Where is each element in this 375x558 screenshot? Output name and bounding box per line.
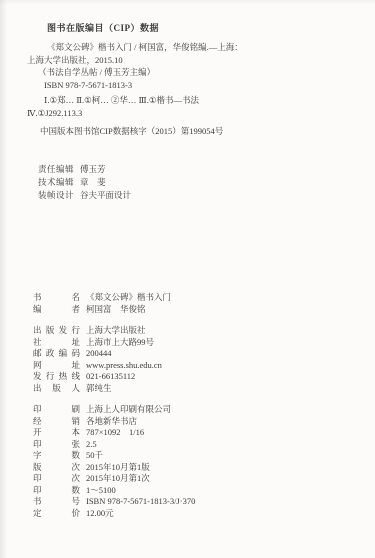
cip-classification-line: Ⅰ.①郑… Ⅱ.①柯… ②华… Ⅲ.①楷书—书法 <box>27 94 243 107</box>
colophon-value: ISBN 978-7-5671-1813-3/J·370 <box>86 496 195 506</box>
colophon-row-website: 网址www.press.shu.edu.cn <box>33 360 195 372</box>
colophon-row-sales-hotline: 发行热线021-66135112 <box>33 371 195 383</box>
colophon-label: 开本 <box>33 427 80 439</box>
colophon-value: 各地新华书店 <box>86 416 137 426</box>
colophon-row-price: 定价12.00元 <box>33 508 195 520</box>
cip-classification-line: Ⅳ.①J292.113.3 <box>27 107 243 120</box>
colophon-label: 经销 <box>33 416 80 428</box>
staff-label: 装帧设计 <box>38 189 74 202</box>
colophon-label: 印张 <box>33 439 80 451</box>
colophon-value: www.press.shu.edu.cn <box>86 360 162 370</box>
staff-row-design: 装帧设计谷夫平面设计 <box>38 189 131 202</box>
colophon-row-publisher-person: 出版人郭纯生 <box>33 383 195 395</box>
colophon-value: 2015年10月第1版 <box>86 462 150 472</box>
colophon-value: 柯国富 华俊铭 <box>86 304 146 314</box>
copyright-page: 图书在版编目（CIP）数据 《郑文公碑》楷书入门 / 柯国富，华俊铭编.—上海：… <box>0 0 375 558</box>
colophon-row-title: 书名《郑文公碑》楷书入门 <box>33 292 195 304</box>
colophon-label: 定价 <box>33 508 80 520</box>
colophon-value: 郭纯生 <box>86 383 112 393</box>
colophon-value: 200444 <box>86 348 112 358</box>
colophon-row-printer: 印刷上海上人印刷有限公司 <box>33 404 195 416</box>
colophon-row-isbn: 书号ISBN 978-7-5671-1813-3/J·370 <box>33 496 195 508</box>
colophon-row-distributor: 经销各地新华书店 <box>33 416 195 428</box>
colophon-label: 书号 <box>33 496 80 508</box>
staff-value: 谷夫平面设计 <box>80 190 131 200</box>
staff-row-responsible-editor: 责任编辑傅玉芳 <box>38 163 131 176</box>
colophon-label: 版次 <box>33 462 80 474</box>
colophon-value: 《郑文公碑》楷书入门 <box>86 292 171 302</box>
colophon-value: 上海大学出版社 <box>86 325 146 335</box>
colophon-label: 印次 <box>33 473 80 485</box>
colophon-label: 出版人 <box>33 383 80 395</box>
colophon-value: 上海上人印刷有限公司 <box>86 404 171 414</box>
staff-label: 技术编辑 <box>38 176 74 189</box>
colophon-label: 网址 <box>33 360 80 372</box>
colophon-value: 021-66135112 <box>86 371 135 381</box>
colophon-value: 12.00元 <box>86 508 114 518</box>
colophon-label: 印刷 <box>33 404 80 416</box>
colophon-label: 社址 <box>33 337 80 349</box>
cip-header: 图书在版编目（CIP）数据 <box>47 21 159 34</box>
colophon-label: 字数 <box>33 450 80 462</box>
colophon-row-publisher: 出版发行上海大学出版社 <box>33 325 195 337</box>
colophon-label: 书名 <box>33 292 80 304</box>
colophon-value: 2015年10月第1次 <box>86 473 150 483</box>
cip-record-block: 《郑文公碑》楷书入门 / 柯国富，华俊铭编.—上海： 上海大学出版社，2015.… <box>27 41 243 119</box>
section-gap <box>33 315 195 325</box>
cip-line: 《郑文公碑》楷书入门 / 柯国富，华俊铭编.—上海： <box>27 41 243 54</box>
cip-line: 上海大学出版社，2015.10 <box>27 54 243 67</box>
staff-value: 章 斐 <box>80 177 106 187</box>
staff-value: 傅玉芳 <box>80 164 106 174</box>
staff-credits-block: 责任编辑傅玉芳 技术编辑章 斐 装帧设计谷夫平面设计 <box>38 163 131 202</box>
colophon-label: 邮政编码 <box>33 348 80 360</box>
colophon-row-word-count: 字数50千 <box>33 450 195 462</box>
cip-isbn-line: ISBN 978-7-5671-1813-3 <box>27 79 243 92</box>
colophon-row-print-run: 印数1～5100 <box>33 485 195 497</box>
colophon-row-editors: 编者柯国富 华俊铭 <box>33 304 195 316</box>
section-gap <box>33 394 195 404</box>
colophon-row-postcode: 邮政编码200444 <box>33 348 195 360</box>
staff-label: 责任编辑 <box>38 163 74 176</box>
colophon-label: 发行热线 <box>33 371 80 383</box>
colophon-label: 编者 <box>33 304 80 316</box>
colophon-row-format: 开本787×1092 1/16 <box>33 427 195 439</box>
colophon-row-edition: 版次2015年10月第1版 <box>33 462 195 474</box>
colophon-value: 50千 <box>86 450 103 460</box>
colophon-row-address: 社址上海市上大路99号 <box>33 337 195 349</box>
colophon-block: 书名《郑文公碑》楷书入门 编者柯国富 华俊铭 出版发行上海大学出版社 社址上海市… <box>33 292 195 519</box>
colophon-label: 出版发行 <box>33 325 80 337</box>
colophon-label: 印数 <box>33 485 80 497</box>
cip-line: （书法自学丛帖 / 傅玉芳主编） <box>27 66 243 79</box>
colophon-value: 1～5100 <box>86 485 116 495</box>
staff-row-technical-editor: 技术编辑章 斐 <box>38 176 131 189</box>
colophon-row-sheets: 印张2.5 <box>33 439 195 451</box>
colophon-row-printing: 印次2015年10月第1次 <box>33 473 195 485</box>
colophon-value: 2.5 <box>86 439 97 449</box>
colophon-value: 上海市上大路99号 <box>86 337 154 347</box>
cip-registration-number: 中国版本图书馆CIP数据核字（2015）第199054号 <box>40 125 223 137</box>
colophon-value: 787×1092 1/16 <box>86 427 144 437</box>
